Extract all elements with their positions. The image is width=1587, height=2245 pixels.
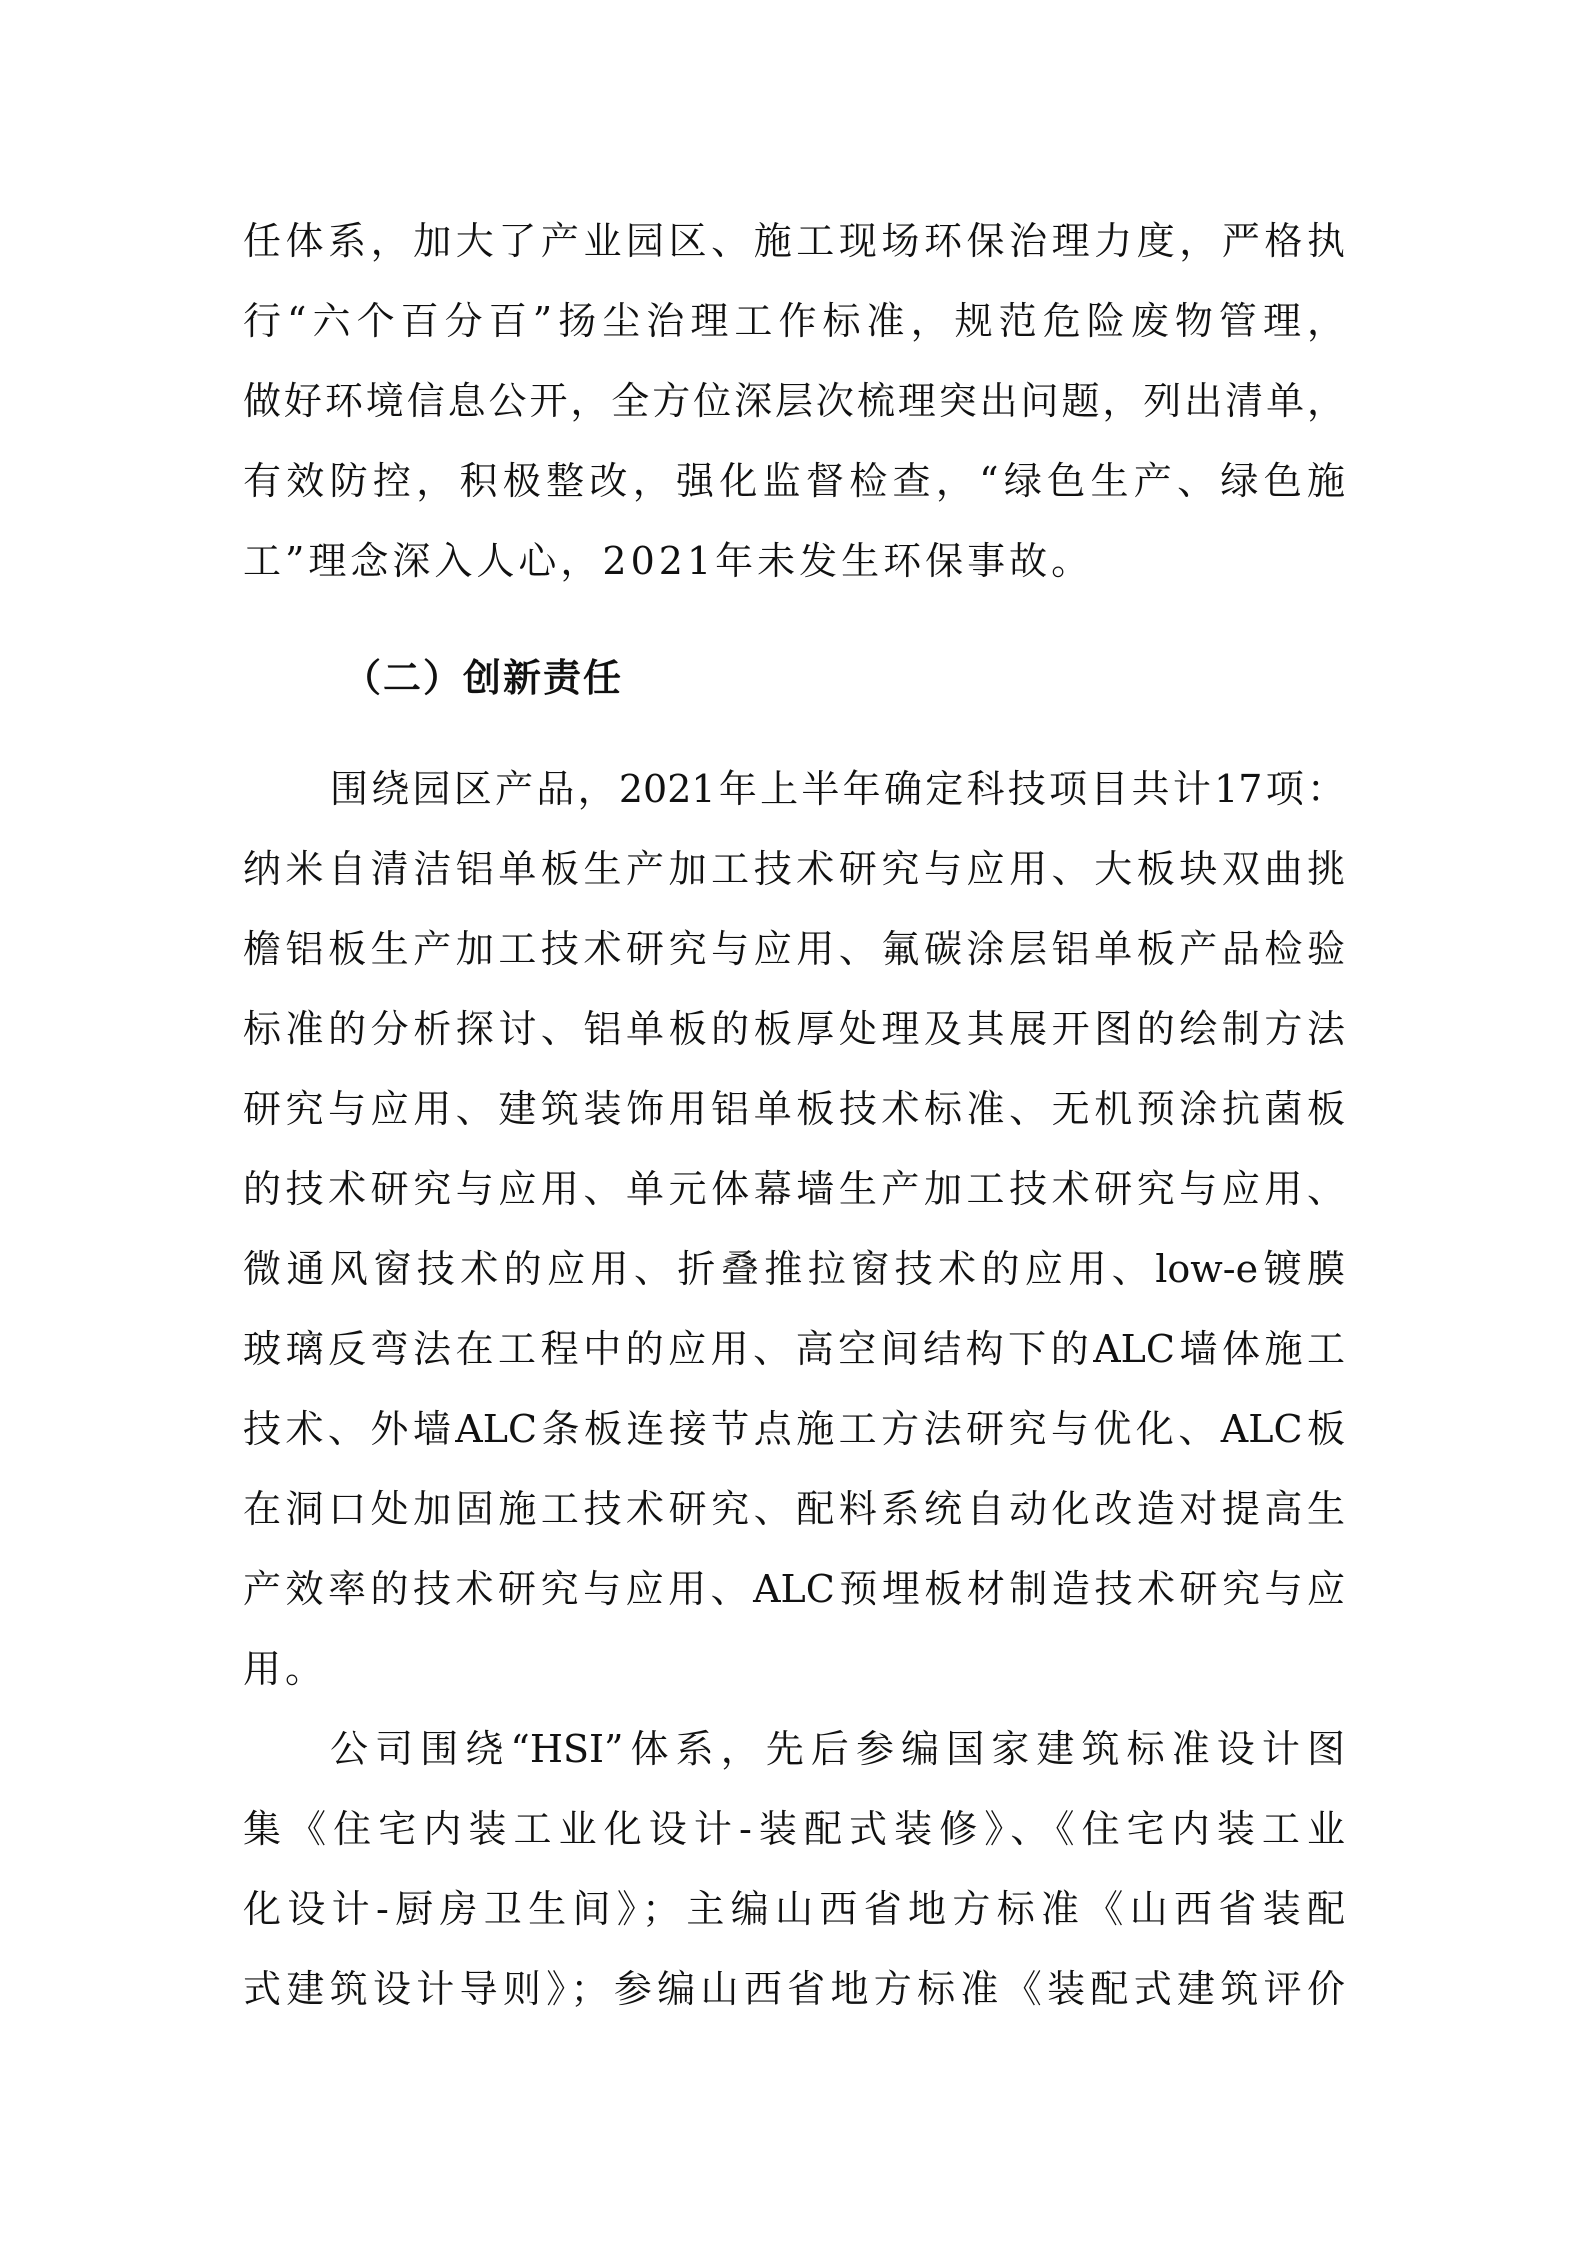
paragraph-line: 技术、外墙ALC条板连接节点施工方法研究与优化、ALC板 — [243, 1389, 1345, 1469]
paragraph-line: 集《住宅内装工业化设计-装配式装修》、《住宅内装工业 — [243, 1789, 1345, 1869]
paragraph-line: 在洞口处加固施工技术研究、配料系统自动化改造对提高生 — [243, 1469, 1345, 1549]
paragraph-line: 的技术研究与应用、单元体幕墙生产加工技术研究与应用、 — [243, 1149, 1345, 1229]
paragraph-line: 产效率的技术研究与应用、ALC预埋板材制造技术研究与应 — [243, 1549, 1345, 1629]
paragraph-line: 化设计-厨房卫生间》；主编山西省地方标准《山西省装配 — [243, 1869, 1345, 1949]
document-page: 任体系，加大了产业园区、施工现场环保治理力度，严格执 行“六个百分百”扬尘治理工… — [0, 0, 1587, 2245]
paragraph-line: 做好环境信息公开，全方位深层次梳理突出问题，列出清单， — [243, 361, 1345, 441]
paragraph-line: 研究与应用、建筑装饰用铝单板技术标准、无机预涂抗菌板 — [243, 1069, 1345, 1149]
section-heading: （二）创新责任 — [343, 638, 623, 718]
paragraph-line: 式建筑设计导则》；参编山西省地方标准《装配式建筑评价 — [243, 1949, 1345, 2029]
paragraph-line: 任体系，加大了产业园区、施工现场环保治理力度，严格执 — [243, 201, 1345, 281]
paragraph-line: 围绕园区产品，2021年上半年确定科技项目共计17项： — [330, 749, 1345, 829]
paragraph-line: 工”理念深入人心，2021年未发生环保事故。 — [243, 521, 1345, 601]
paragraph-line: 有效防控，积极整改，强化监督检查，“绿色生产、绿色施 — [243, 441, 1345, 521]
paragraph-line: 纳米自清洁铝单板生产加工技术研究与应用、大板块双曲挑 — [243, 829, 1345, 909]
paragraph-line: 标准的分析探讨、铝单板的板厚处理及其展开图的绘制方法 — [243, 989, 1345, 1069]
paragraph-line: 微通风窗技术的应用、折叠推拉窗技术的应用、low-e镀膜 — [243, 1229, 1345, 1309]
paragraph-line: 公司围绕“HSI”体系，先后参编国家建筑标准设计图 — [330, 1709, 1345, 1789]
paragraph-line: 用。 — [243, 1629, 1345, 1709]
paragraph-line: 行“六个百分百”扬尘治理工作标准，规范危险废物管理， — [243, 281, 1345, 361]
paragraph-line: 檐铝板生产加工技术研究与应用、氟碳涂层铝单板产品检验 — [243, 909, 1345, 989]
paragraph-line: 玻璃反弯法在工程中的应用、高空间结构下的ALC墙体施工 — [243, 1309, 1345, 1389]
